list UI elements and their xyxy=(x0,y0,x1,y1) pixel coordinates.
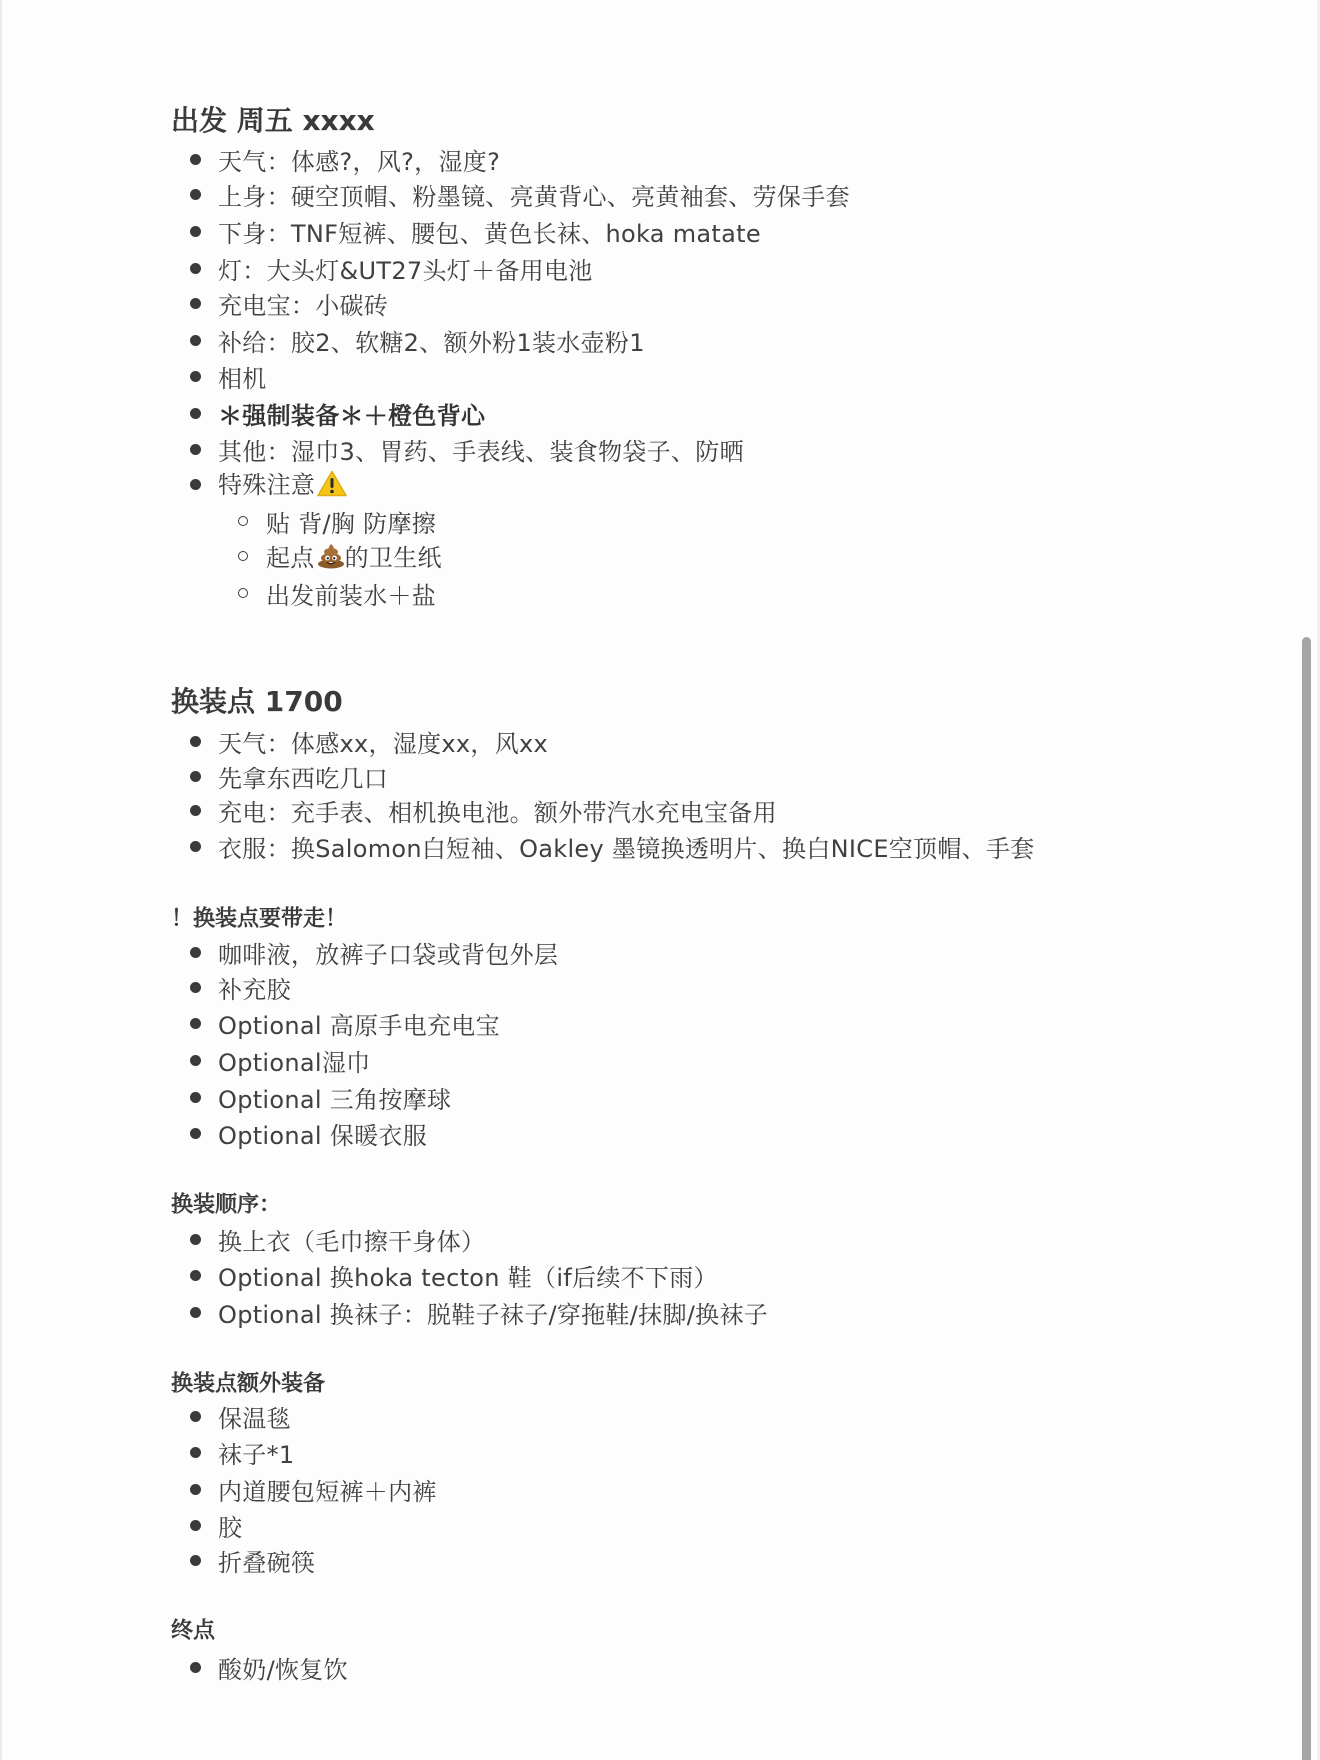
bullet-icon xyxy=(190,444,201,455)
hollow-bullet-icon xyxy=(238,551,248,561)
hollow-bullet-icon xyxy=(238,588,248,598)
bullet-icon xyxy=(190,805,201,816)
bullet-icon xyxy=(190,1555,201,1566)
bullet-icon xyxy=(190,263,201,274)
bullet-icon xyxy=(190,1411,201,1422)
section-title-take-away: ！换装点要带走！ xyxy=(171,902,347,933)
bullet-icon xyxy=(190,298,201,309)
bullet-icon xyxy=(190,1520,201,1531)
scrollbar-thumb[interactable] xyxy=(1302,637,1311,1760)
bullet-icon xyxy=(190,1662,201,1673)
hollow-bullet-icon xyxy=(238,516,248,526)
bullet-icon xyxy=(190,1018,201,1029)
bullet-icon xyxy=(190,947,201,958)
bullet-icon xyxy=(190,771,201,782)
left-border xyxy=(0,0,2,1760)
bullet-icon xyxy=(190,154,201,165)
bullet-icon xyxy=(190,408,201,419)
bullet-icon xyxy=(190,335,201,346)
bullet-icon xyxy=(190,1270,201,1281)
section-title-transition: 换装点 1700 xyxy=(171,680,343,720)
poop-emoji-icon xyxy=(317,543,345,575)
bullet-icon xyxy=(190,1307,201,1318)
bullet-icon xyxy=(190,1055,201,1066)
section-title-finish: 终点 xyxy=(171,1614,215,1645)
bullet-icon xyxy=(190,1128,201,1139)
warning-icon xyxy=(317,470,347,503)
bullet-icon xyxy=(190,1092,201,1103)
bullet-icon xyxy=(190,736,201,747)
bullet-icon xyxy=(190,1447,201,1458)
bullet-icon xyxy=(190,371,201,382)
bullet-icon xyxy=(190,1234,201,1245)
bullet-icon xyxy=(190,189,201,200)
section-title-extra-gear: 换装点额外装备 xyxy=(171,1367,325,1398)
vertical-scrollbar[interactable] xyxy=(1298,0,1314,1760)
bullet-icon xyxy=(190,1484,201,1495)
bullet-icon xyxy=(190,226,201,237)
section-title-departure: 出发 周五 xxxx xyxy=(171,99,375,139)
bullet-icon xyxy=(190,841,201,852)
bullet-icon xyxy=(190,479,201,490)
section-title-change-order: 换装顺序： xyxy=(171,1188,281,1219)
bullet-icon xyxy=(190,982,201,993)
